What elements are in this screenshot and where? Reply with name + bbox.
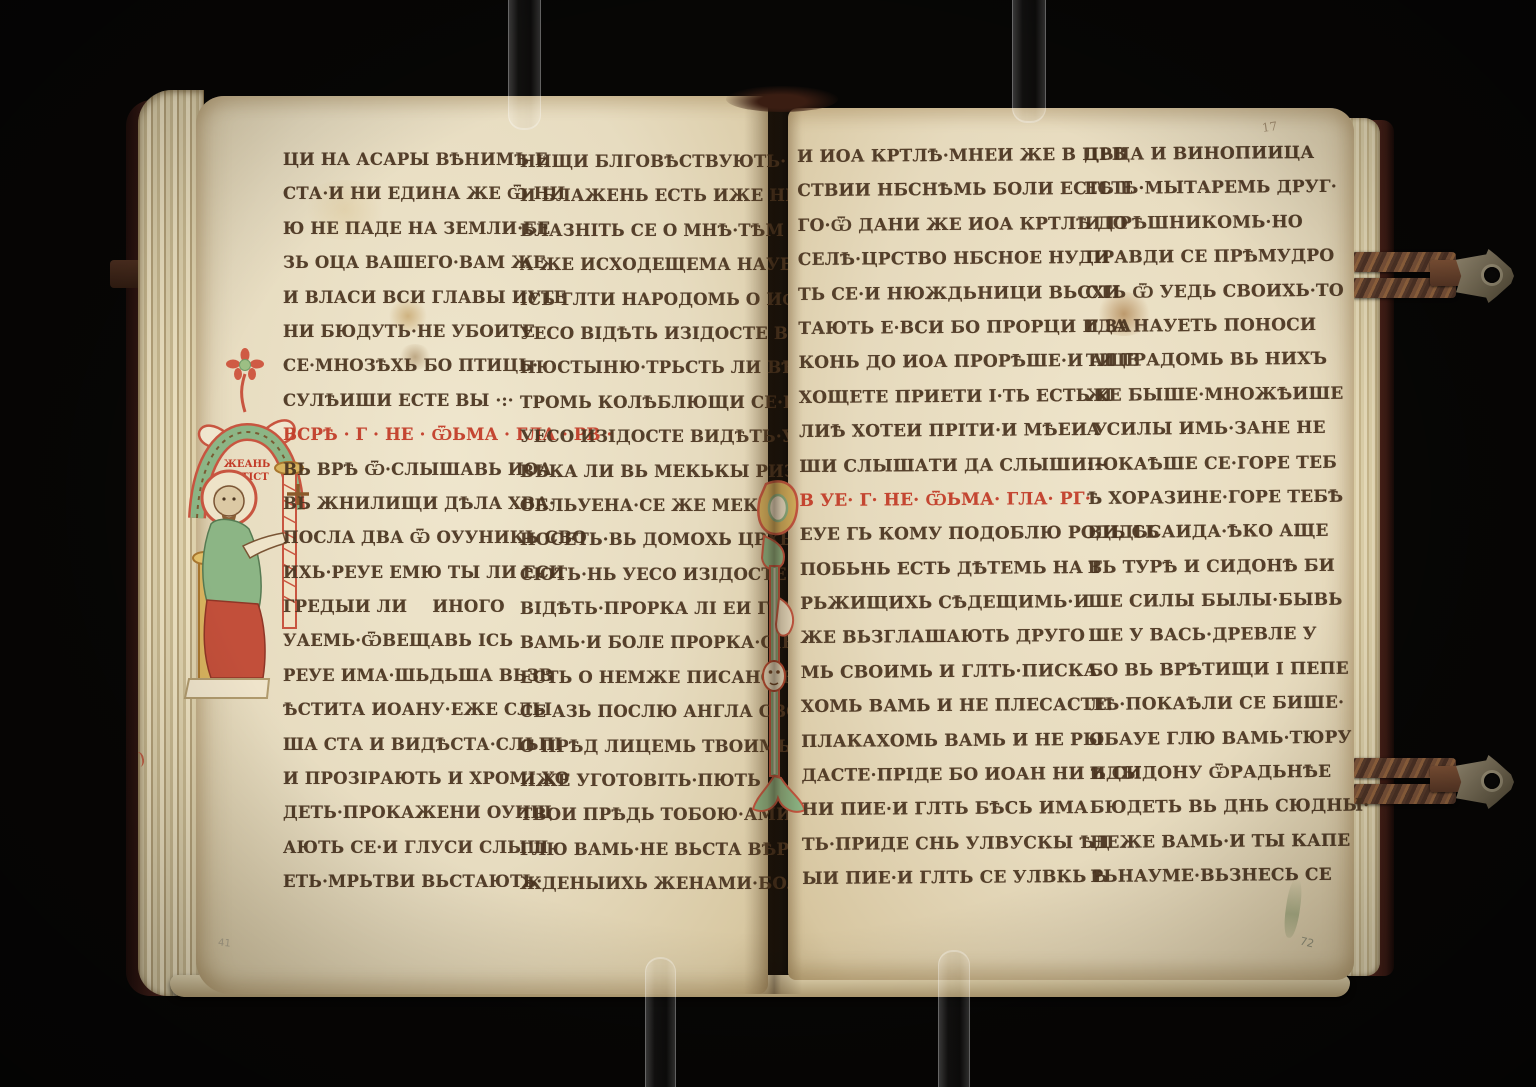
clasp-ring-hole [1484, 267, 1500, 283]
footstool-base [185, 679, 269, 698]
text-line: ШЕ СИЛЫ БЫЛЫ·БЫВЬ [1088, 583, 1368, 620]
acrylic-strip-top-right [1012, 0, 1046, 123]
text-line: ГДА НАУЕТЬ ПОНОСИ [1086, 308, 1366, 345]
text-line: А СИЛЫ ИМЬ·ЗАНЕ НЕ [1086, 411, 1366, 448]
text-line: НЕЖЕ ВАМЬ·И ТЫ КАПЕ [1090, 823, 1370, 860]
initial-mask-face [763, 661, 785, 691]
text-line: Ѣ ХОРАЗИНЕ·ГОРЕ ТЕБѢ [1087, 479, 1367, 516]
text-line: ЕСТЬ·МЫТАРЕМЬ ДРУГ· [1084, 170, 1364, 207]
right-page: 17 И ИОА КРТЛѢ·МНЕИ ЖЕ В ЦРВСТВИИ НБСНѢМ… [788, 108, 1354, 980]
initial-knot [762, 536, 784, 569]
text-line: ДЬЦА И ВИНОПИИЦА [1084, 136, 1364, 173]
text-line: И СИДОНУ ѾРАДЬНѢЕ [1089, 755, 1369, 792]
lower-leather-strap-clasp [1352, 752, 1516, 816]
text-line: РЬНАУМЕ·ВЬЗНЕСЬ СЕ [1090, 858, 1370, 895]
text-line: БО ВЬ ВРѢТИЩИ І ПЕПЕ [1089, 651, 1369, 688]
red-robe [204, 600, 265, 678]
green-cloak [203, 519, 261, 608]
ornamental-initial-r [752, 478, 806, 823]
text-line: ЖЕ БЫШЕ·МНОЖѢИШЕ [1086, 376, 1366, 413]
initial-foot-flourish [753, 776, 805, 812]
text-line: ВИДЬСАИДА·ѢКО АЩЕ [1087, 514, 1367, 551]
text-line: ТИ ГРАДОМЬ ВЬ НИХЪ [1086, 342, 1366, 379]
left-page: ЖЕАНЬ ЕАТІСТ [196, 96, 768, 994]
upper-leather-strap-clasp [1352, 246, 1516, 310]
initial-bowl-eye [769, 495, 787, 521]
right-page-column-2: ДЬЦА И ВИНОПИИЦАЕСТЬ·МЫТАРЕМЬ ДРУГ·И ГРѢ… [1084, 136, 1370, 895]
text-line: СТЬ Ѿ УЕДЬ СВОИХЬ·ТО [1085, 273, 1365, 310]
corner-pencil-mark: 41 [217, 937, 231, 949]
manuscript-photograph: ЖЕАНЬ ЕАТІСТ [0, 0, 1536, 1087]
miniature-label-line1: ЖЕАНЬ [224, 459, 271, 470]
text-line: ВЬ ТУРѢ И СИДОНѢ БИ [1088, 548, 1368, 585]
text-line: ОБАУЕ ГЛЮ ВАМЬ·ТЮРУ [1089, 720, 1369, 757]
text-line: ПОКАѢШЕ СЕ·ГОРЕ ТЕБ [1087, 445, 1367, 482]
corner-pencil-mark: 72 [1299, 934, 1316, 950]
initial-wing [776, 598, 793, 636]
text-line: ШЕ У ВАСЬ·ДРЕВЛЕ У [1088, 617, 1368, 654]
text-line: БЮДЕТЬ ВЬ ДНЬ СЮДНЫ· [1090, 789, 1370, 826]
spine-headband [726, 86, 838, 112]
text-line: ЛѢ·ПОКАѢЛИ СЕ БИШЕ· [1089, 686, 1369, 723]
clasp-ring-hole [1484, 773, 1500, 789]
finial-stem [242, 374, 245, 412]
text-line: И ГРѢШНИКОМЬ·НО [1085, 204, 1365, 241]
folio-number: 17 [1261, 119, 1278, 135]
text-line: ПРАВДИ СЕ ПРѢМУДРО [1085, 239, 1365, 276]
